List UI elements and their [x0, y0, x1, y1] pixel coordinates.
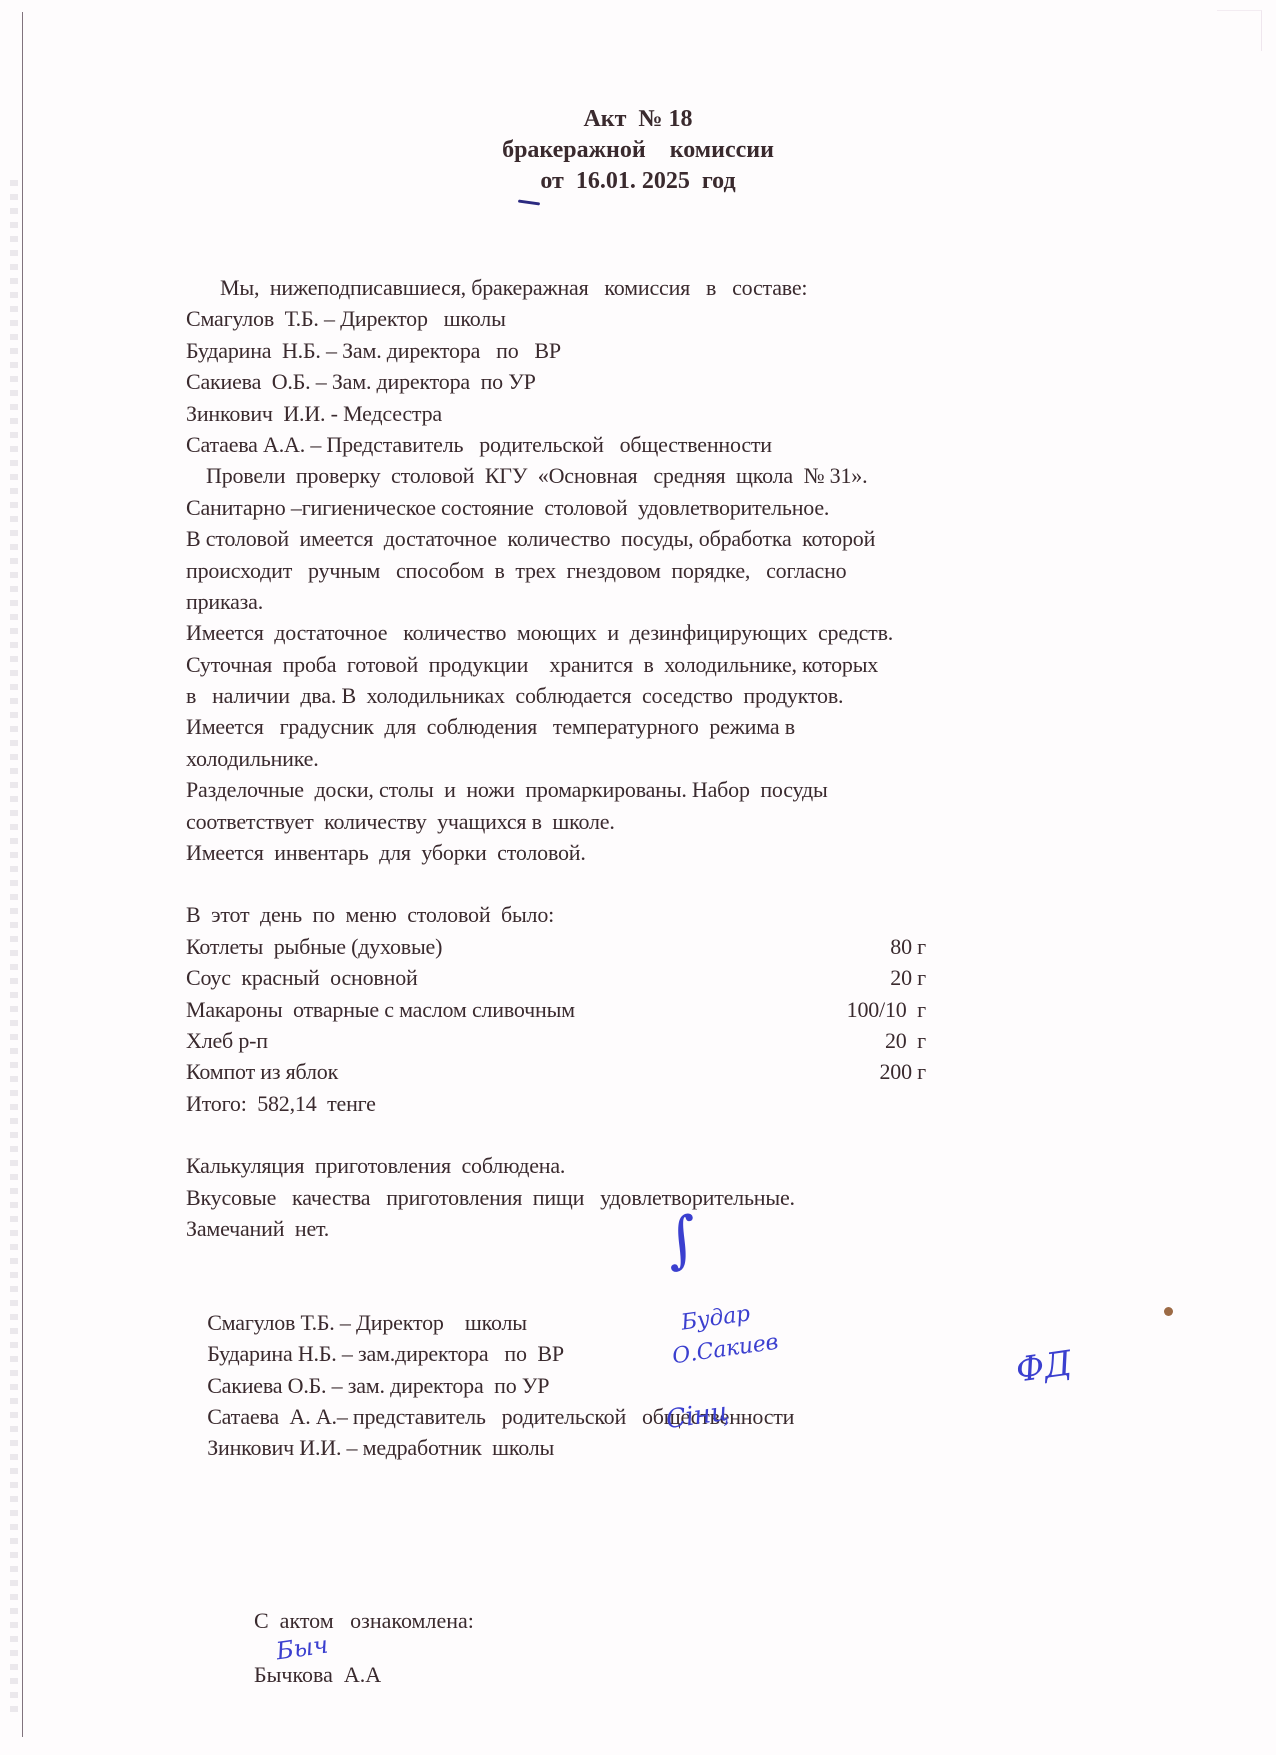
menu-item-name: Макароны отварные с маслом сливочным: [186, 994, 786, 1025]
acknowledgement-name: Бычкова А.А: [254, 1662, 381, 1687]
finding-line: В столовой имеется достаточное количеств…: [186, 523, 1146, 554]
acknowledgement: С актом ознакомлена: Быч Бычкова А.А: [243, 1582, 474, 1688]
finding-line: соответствует количеству учащихся в школ…: [186, 806, 1146, 837]
handwritten-signature: Быч: [274, 1631, 330, 1666]
menu-item-qty: 20 г: [786, 1025, 926, 1056]
commission-member: Сатаева А.А. – Представитель родительско…: [186, 429, 1146, 460]
menu-item-name: Хлеб р-п: [186, 1025, 786, 1056]
menu-item: Макароны отварные с маслом сливочным 100…: [186, 994, 1146, 1025]
menu-item-name: Соус красный основной: [186, 962, 786, 993]
signatory-text: Зинкович И.И. – медработник школы: [207, 1435, 554, 1460]
menu-item-qty: 200 г: [786, 1056, 926, 1087]
menu-item-name: Компот из яблок: [186, 1056, 786, 1087]
handwritten-signature: Сінц: [664, 1397, 730, 1437]
title-act-number: Акт № 18: [0, 104, 1276, 135]
handwritten-signature: ФД: [1014, 1348, 1073, 1387]
document-title: Акт № 18 бракеражной комиссии от 16.01. …: [0, 104, 1276, 197]
handwritten-signature: ∫: [664, 1223, 699, 1258]
menu-item-qty: 80 г: [786, 931, 926, 962]
menu-heading: В этот день по меню столовой было:: [186, 899, 1146, 930]
spacer: [186, 1244, 1146, 1275]
finding-line: Имеется инвентарь для уборки столовой.: [186, 837, 1146, 868]
menu-item: Компот из яблок 200 г: [186, 1056, 1146, 1087]
menu-item-qty: 20 г: [786, 962, 926, 993]
finding-line: в наличии два. В холодильниках соблюдает…: [186, 680, 1146, 711]
signatory-row: Сатаева А. А.– представитель родительско…: [186, 1370, 1146, 1401]
spacer: [186, 868, 1146, 899]
signatory-row: Бударина Н.Б. – зам.директора по ВР Буда…: [186, 1307, 1146, 1338]
finding-line: приказа.: [186, 586, 1146, 617]
title-date: от 16.01. 2025 год: [0, 166, 1276, 197]
document-body: Мы, нижеподписавшиеся, бракеражная комис…: [186, 272, 1146, 1432]
menu-total: Итого: 582,14 тенге: [186, 1088, 1146, 1119]
paper-stain: [1164, 1307, 1173, 1316]
scan-noise: [10, 180, 18, 1720]
acknowledgement-label: С актом ознакомлена:: [254, 1608, 474, 1633]
spacer: [186, 1119, 1146, 1150]
finding-line: Суточная проба готовой продукции хранитс…: [186, 649, 1146, 680]
finding-line: холодильнике.: [186, 743, 1146, 774]
conclusion-line: Калькуляция приготовления соблюдена.: [186, 1150, 1146, 1181]
commission-member: Бударина Н.Б. – Зам. директора по ВР: [186, 335, 1146, 366]
title-commission: бракеражной комиссии: [0, 135, 1276, 166]
menu-item: Хлеб р-п 20 г: [186, 1025, 1146, 1056]
menu-item-name: Котлеты рыбные (духовые): [186, 931, 786, 962]
menu-item-qty: 100/10 г: [786, 994, 926, 1025]
signatory-row: Сакиева О.Б. – зам. директора по УР О.Са…: [186, 1338, 1146, 1369]
commission-member: Зинкович И.И. - Медсестра: [186, 398, 1146, 429]
finding-line: происходит ручным способом в трех гнездо…: [186, 555, 1146, 586]
pen-mark: [518, 199, 540, 205]
finding-line: Разделочные доски, столы и ножи промарки…: [186, 774, 1146, 805]
finding-line: Имеется достаточное количество моющих и …: [186, 617, 1146, 648]
commission-member: Сакиева О.Б. – Зам. директора по УР: [186, 366, 1146, 397]
signatory-row: Смагулов Т.Б. – Директор школы ∫: [186, 1275, 1146, 1306]
intro-text: Мы, нижеподписавшиеся, бракеражная комис…: [186, 272, 1146, 303]
finding-line: Имеется градусник для соблюдения темпера…: [186, 711, 1146, 742]
finding-line: Санитарно –гигиеническое состояние столо…: [186, 492, 1146, 523]
menu-item: Котлеты рыбные (духовые) 80 г: [186, 931, 1146, 962]
menu-item: Соус красный основной 20 г: [186, 962, 1146, 993]
scan-edge-line: [22, 12, 23, 1737]
scan-corner: [1217, 10, 1262, 51]
signatory-row: Зинкович И.И. – медработник школы Сінц: [186, 1401, 1146, 1432]
finding-line: Провели проверку столовой КГУ «Основная …: [186, 460, 1146, 491]
commission-member: Смагулов Т.Б. – Директор школы: [186, 303, 1146, 334]
